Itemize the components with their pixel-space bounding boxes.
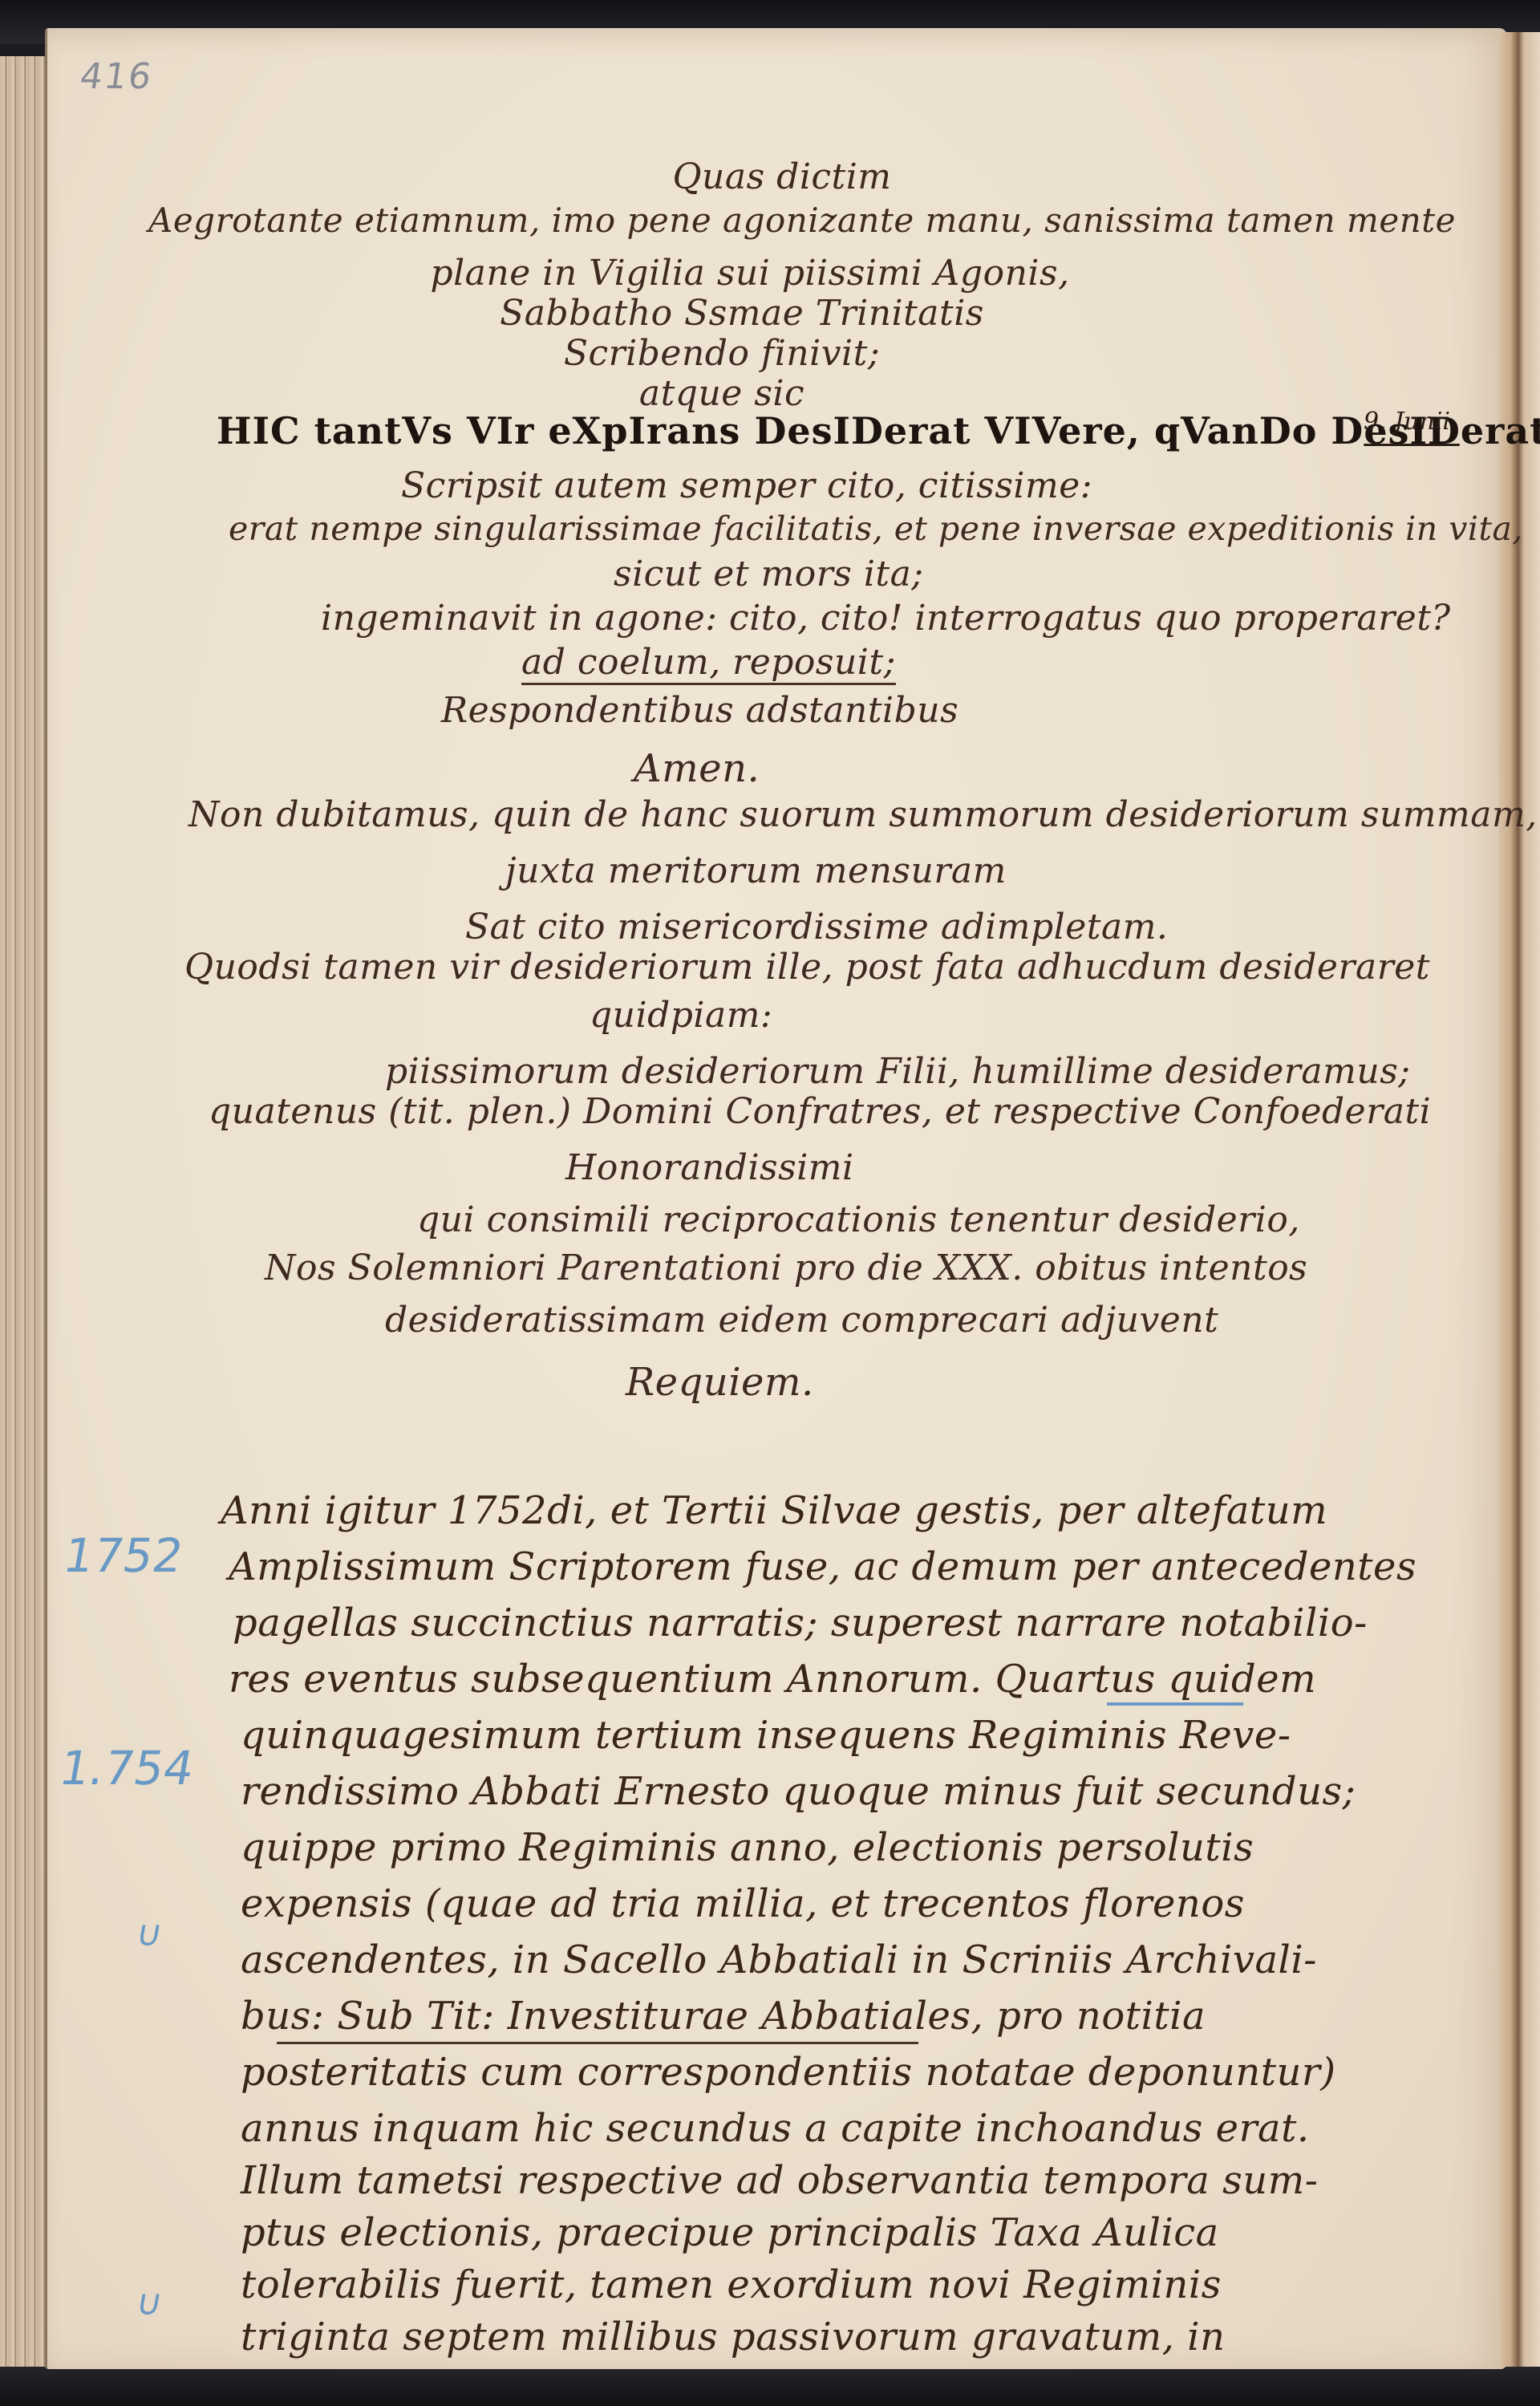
verse-line: ad coelum, reposuit;: [521, 642, 896, 685]
page-stack-edges: [0, 56, 48, 2367]
chronogram: HIC tantVs VIr eXpIrans DesIDerat VIVere…: [217, 409, 1540, 452]
heading-line: Sabbatho Ssmae Trinitatis: [500, 293, 984, 334]
verse-line: Nos Solemniori Parentationi pro die XXX.…: [265, 1248, 1307, 1288]
heading-line: plane in Vigilia sui piissimi Agonis,: [430, 253, 1069, 294]
verse-line: desideratissimam eidem comprecari adjuve…: [385, 1300, 1218, 1341]
verse-line: quatenus (tit. plen.) Domini Confratres,…: [209, 1091, 1431, 1132]
verse-line: Requiem.: [626, 1360, 814, 1405]
body-line: ascendentes, in Sacello Abbatiali in Scr…: [241, 1937, 1317, 1982]
heading-line: Scribendo finivit;: [564, 333, 880, 374]
body-line: tolerabilis fuerit, tamen exordium novi …: [241, 2262, 1222, 2307]
body-line: pagellas succinctius narratis; superest …: [233, 1601, 1368, 1645]
body-line: ptus electionis, praecipue principalis T…: [241, 2210, 1219, 2255]
verse-line: qui consimili reciprocationis tenentur d…: [417, 1199, 1300, 1240]
scanner-background-bottom: [0, 2363, 1540, 2406]
verse-line: Quodsi tamen vir desideriorum ille, post…: [184, 947, 1430, 988]
body-line: Illum tametsi respective ad observantia …: [241, 2158, 1318, 2203]
verse-line: Honorandissimi: [565, 1147, 854, 1188]
margin-year-1752: 1752: [59, 1528, 188, 1583]
body-line: quinquagesimum tertium insequens Regimin…: [241, 1713, 1291, 1758]
verse-line: juxta meritorum mensuram: [505, 850, 1007, 891]
book-gutter: [1498, 32, 1540, 2367]
body-line: res eventus subsequentium Annorum. Quart…: [229, 1657, 1316, 1702]
folio-number: 416: [77, 56, 155, 97]
date-underline: [1364, 444, 1460, 446]
heading-title: Quas dictim: [672, 156, 891, 197]
body-line: rendissimo Abbati Ernesto quoque minus f…: [241, 1769, 1356, 1814]
verse-line: sicut et mors ita;: [614, 554, 924, 594]
body-line: posteritatis cum correspondentiis notata…: [241, 2050, 1336, 2095]
underline-investiturae: [277, 2042, 918, 2044]
verse-line: Non dubitamus, quin de hanc suorum summo…: [188, 794, 1538, 835]
verse-line: erat nempe singularissimae facilitatis, …: [229, 509, 1523, 548]
verse-line: ingeminavit in agone: cito, cito! interr…: [321, 598, 1451, 639]
verse-line: Sat cito misericordissime adimpletam.: [465, 907, 1168, 947]
verse-line: Scripsit autem semper cito, citissime:: [401, 465, 1092, 506]
margin-year-1754: 1.754: [55, 1741, 198, 1795]
body-line: annus inquam hic secundus a capite incho…: [241, 2106, 1310, 2151]
body-line: Amplissimum Scriptorem fuse, ac demum pe…: [229, 1544, 1416, 1589]
blue-underline-quartus: [1107, 1702, 1243, 1706]
body-line: bus: Sub Tit: Investiturae Abbatiales, p…: [241, 1994, 1206, 2039]
body-line: Anni igitur 1752di, et Tertii Silvae ges…: [221, 1488, 1327, 1533]
body-line: triginta septem millibus passivorum grav…: [241, 2315, 1226, 2359]
verse-line: quidpiam:: [590, 995, 772, 1036]
body-line: expensis (quae ad tria millia, et trecen…: [241, 1881, 1245, 1926]
chronogram-date-note: 9. Junii: [1364, 408, 1450, 436]
heading-line: Aegrotante etiamnum, imo pene agonizante…: [148, 201, 1456, 240]
body-line: quippe primo Regiminis anno, electionis …: [241, 1825, 1254, 1870]
verse-line: Amen.: [634, 746, 760, 791]
verse-line: piissimorum desideriorum Filii, humillim…: [385, 1051, 1411, 1092]
verse-line: Respondentibus adstantibus: [441, 690, 958, 731]
heading-line: atque sic: [639, 373, 804, 414]
